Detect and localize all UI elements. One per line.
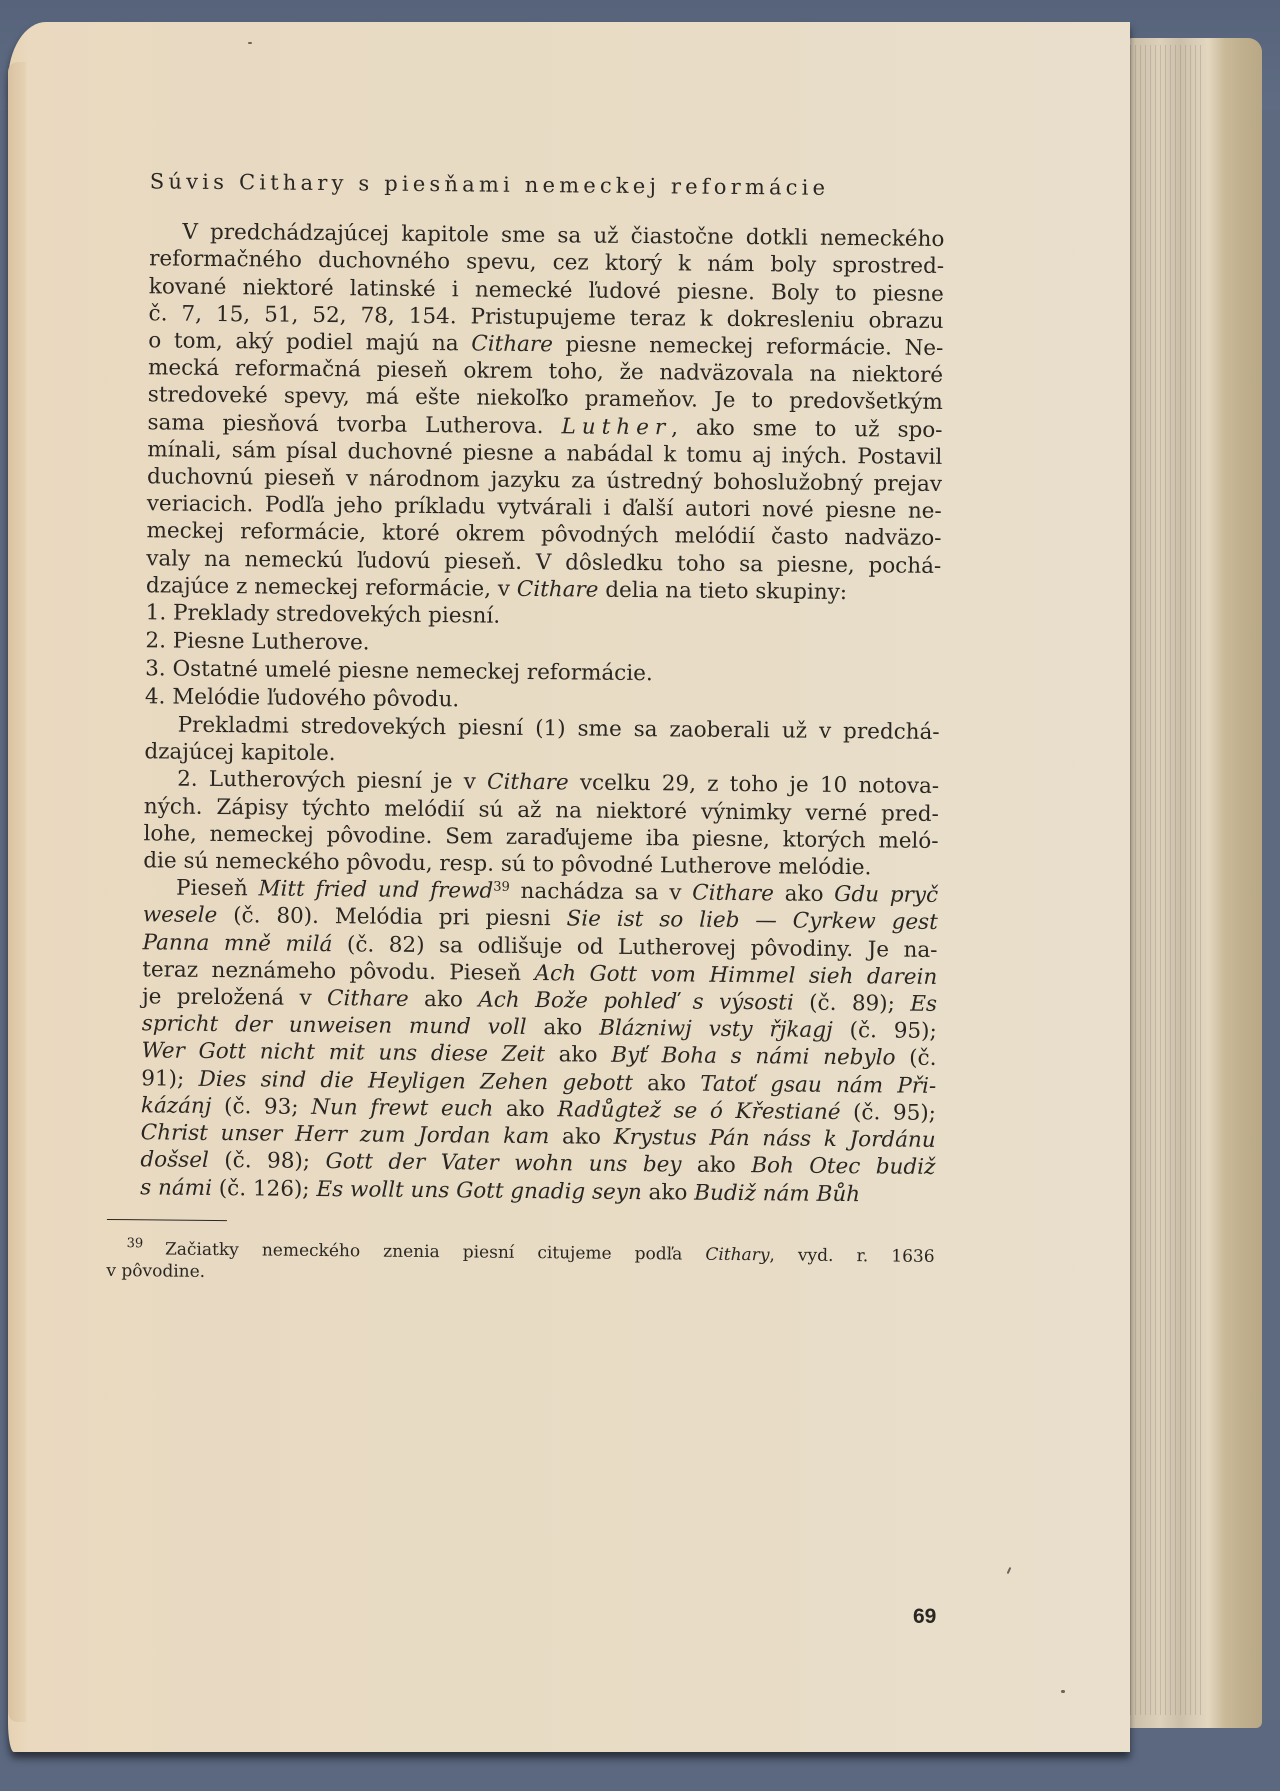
paper-speck: [248, 42, 252, 44]
paper-speck: [1007, 1567, 1012, 1574]
paragraph-medieval-songs: Prekladmi stredovekých piesní (1) sme sa…: [111, 711, 939, 773]
footnote: 39 Začiatky nemeckého znenia piesní citu…: [106, 1238, 934, 1290]
paragraph-luther-songs: 2. Lutherových piesní je v Cithare vcelk…: [110, 765, 939, 882]
page-number: 69: [913, 1605, 936, 1629]
page-edge-lines: [1130, 45, 1205, 1715]
page-content: Súvis Cithary s piesňami nemeckej reform…: [106, 168, 945, 1290]
groups-list: 1. Preklady stredovekých piesní. 2. Pies…: [112, 599, 941, 719]
paragraph-intro: V predchádzajúcej kapitole sme sa už čia…: [113, 218, 945, 607]
page-gutter: [8, 62, 26, 1722]
paper-speck: [1061, 1690, 1065, 1693]
footnote-divider: [107, 1219, 227, 1221]
paragraph-song-translations: Pieseň Mitt fried und frewd39 nachádza s…: [107, 874, 938, 1208]
